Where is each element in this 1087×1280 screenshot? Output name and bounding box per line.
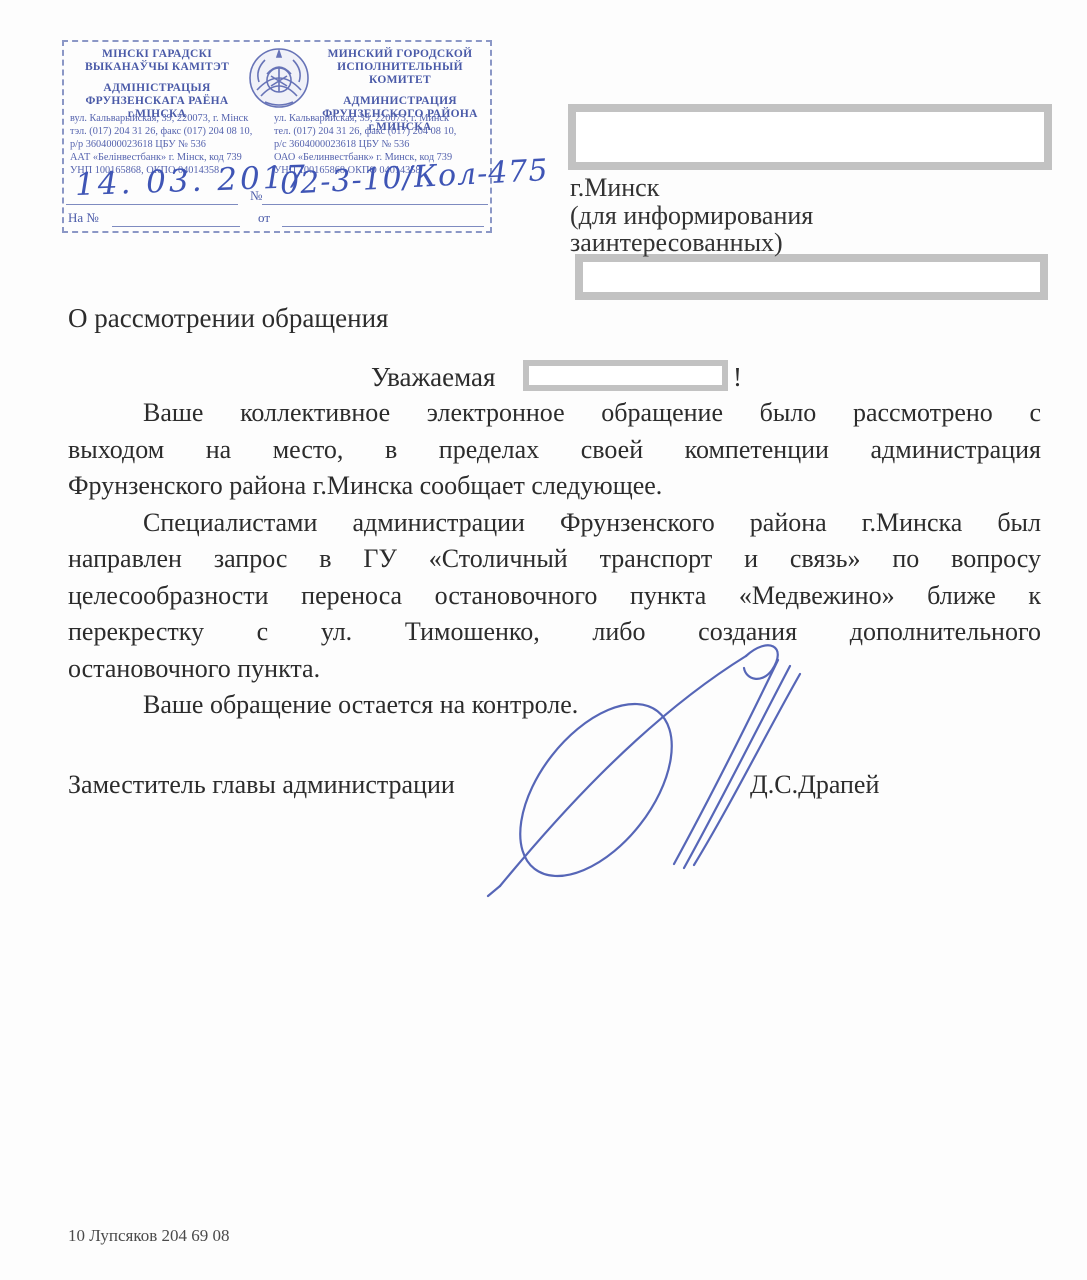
salutation-exclamation: ! [733, 362, 742, 393]
body-line: Специалистами администрации Фрунзенского… [68, 505, 1041, 542]
incoming-number-label: На № [68, 210, 99, 226]
incoming-date-underline [282, 226, 484, 227]
org-by-line1: МІНСКІ ГАРАДСКІ [66, 48, 248, 61]
body-line: направлен запрос в ГУ «Столичный транспо… [68, 541, 1041, 578]
org-by-line2: ВЫКАНАЎЧЫ КАМІТЭТ [66, 61, 248, 74]
signatory-title: Заместитель главы администрации [68, 770, 455, 800]
incoming-number-underline [112, 226, 240, 227]
date-underline [66, 204, 238, 205]
addr-ru-line: р/с 3604000023618 ЦБУ № 536 [274, 138, 456, 151]
coat-of-arms-icon [247, 46, 311, 115]
redaction-box-recipient-extra [575, 254, 1048, 300]
executor-footnote: 10 Лупсяков 204 69 08 [68, 1226, 230, 1246]
body-line: Ваше коллективное электронное обращение … [68, 395, 1041, 432]
body-line: целесообразности переноса остановочного … [68, 578, 1041, 615]
recipient-city: г.Минск [570, 174, 813, 202]
salutation-prefix: Уважаемая [371, 362, 495, 393]
org-name-belarusian: МІНСКІ ГАРАДСКІ ВЫКАНАЎЧЫ КАМІТЭТ АДМІНІ… [66, 48, 248, 121]
recipient-block: г.Минск (для информирования заинтересова… [570, 174, 813, 257]
recipient-note-line1: (для информирования [570, 202, 813, 230]
recipient-note-line2: заинтересованных) [570, 229, 813, 257]
dept-ru-line1: АДМИНИСТРАЦИЯ [310, 95, 490, 108]
org-ru-line2: ИСПОЛНИТЕЛЬНЫЙ КОМИТЕТ [310, 61, 490, 87]
subject-line: О рассмотрении обращения [68, 303, 388, 334]
redaction-box-recipient-name [568, 104, 1052, 170]
org-ru-line1: МИНСКИЙ ГОРОДСКОЙ [310, 48, 490, 61]
signatory-name: Д.С.Драпей [750, 770, 879, 800]
body-line: выходом на место, в пределах своей компе… [68, 432, 1041, 469]
body-line: Фрунзенского района г.Минска сообщает сл… [68, 468, 1041, 505]
number-underline [262, 204, 488, 205]
redaction-box-salutation-name [523, 360, 728, 391]
incoming-date-label: от [258, 210, 270, 226]
addr-by-line: вул. Кальварыйская, 39, 220073, г. Мінск [70, 112, 252, 125]
document-page: МІНСКІ ГАРАДСКІ ВЫКАНАЎЧЫ КАМІТЭТ АДМІНІ… [0, 0, 1087, 1280]
addr-by-line: р/р 3604000023618 ЦБУ № 536 [70, 138, 252, 151]
addr-by-line: тэл. (017) 204 31 26, факс (017) 204 08 … [70, 125, 252, 138]
dept-by-line1: АДМІНІСТРАЦЫЯ [66, 82, 248, 95]
number-sign-label: № [250, 188, 262, 204]
addr-ru-line: ул. Кальварийская, 39, 220073, г. Минск [274, 112, 456, 125]
addr-ru-line: тел. (017) 204 31 26, факс (017) 204 08 … [274, 125, 456, 138]
